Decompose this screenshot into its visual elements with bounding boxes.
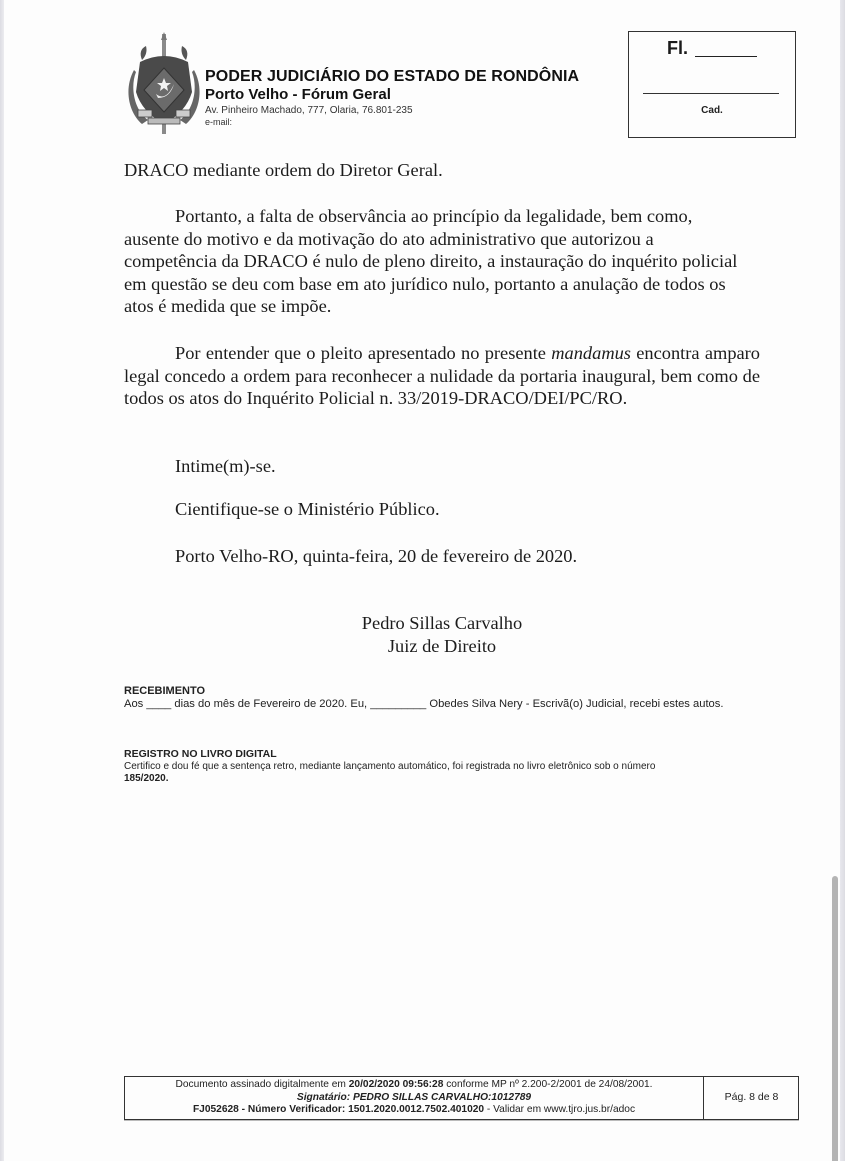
- paragraph-2: Portanto, a falta de observância ao prin…: [124, 205, 746, 318]
- paragraph-3-part-a: Por entender que o pleito apresentado no…: [175, 343, 551, 363]
- folio-label: Fl.: [667, 38, 688, 59]
- footer-line-1-suffix: conforme MP nº 2.200-2/2001 de 24/08/200…: [443, 1079, 652, 1090]
- viewer-right-edge: [840, 0, 845, 1161]
- paragraph-4: Intime(m)-se.: [124, 455, 764, 478]
- vertical-scrollbar-thumb[interactable]: [832, 876, 838, 1161]
- intimem-se-text: Intime(m)-se.: [175, 455, 764, 478]
- registro-body: Certifico e dou fé que a sentença retro,…: [124, 761, 655, 772]
- judge-name: Pedro Sillas Carvalho: [124, 612, 760, 635]
- footer-shadow-line: [124, 1120, 799, 1121]
- paragraph-2-text: Portanto, a falta de observância ao prin…: [124, 205, 746, 318]
- coat-of-arms-icon: [126, 32, 202, 140]
- signatory: Signatário: PEDRO SILLAS CARVALHO:101278…: [125, 1092, 703, 1105]
- court-header: PODER JUDICIÁRIO DO ESTADO DE RONDÔNIA P…: [205, 67, 579, 127]
- recebimento-heading: RECEBIMENTO: [124, 685, 764, 698]
- verification-number: FJ052628 - Número Verificador: 1501.2020…: [193, 1104, 484, 1115]
- date-place-text: Porto Velho-RO, quinta-feira, 20 de feve…: [175, 545, 764, 568]
- paragraph-6: Porto Velho-RO, quinta-feira, 20 de feve…: [124, 545, 764, 568]
- judge-role: Juiz de Direito: [124, 635, 760, 658]
- registro-text: Certifico e dou fé que a sentença retro,…: [124, 761, 744, 785]
- paragraph-3: Por entender que o pleito apresentado no…: [124, 342, 760, 410]
- folio-blank-line: [695, 56, 757, 57]
- mandamus-italic: mandamus: [551, 343, 631, 363]
- paragraph-1-text: DRACO mediante ordem do Diretor Geral.: [124, 159, 764, 182]
- signature-block: Pedro Sillas Carvalho Juiz de Direito: [124, 612, 760, 658]
- court-address: Av. Pinheiro Machado, 777, Olaria, 76.80…: [205, 105, 579, 117]
- footer-line-1: Documento assinado digitalmente em 20/02…: [125, 1079, 703, 1092]
- folio-stamp-box: Fl. Cad.: [628, 31, 796, 138]
- cientifique-se-text: Cientifique-se o Ministério Público.: [175, 498, 764, 521]
- digital-signature-footer: Documento assinado digitalmente em 20/02…: [124, 1076, 799, 1120]
- paragraph-1: DRACO mediante ordem do Diretor Geral.: [124, 159, 764, 182]
- validation-link[interactable]: - Validar em www.tjro.jus.br/adoc: [484, 1104, 635, 1115]
- folio-separator-line: [643, 93, 779, 94]
- recebimento-section: RECEBIMENTO Aos ____ dias do mês de Feve…: [124, 685, 764, 711]
- registro-section: REGISTRO NO LIVRO DIGITAL Certifico e do…: [124, 748, 744, 785]
- cad-label: Cad.: [629, 105, 795, 116]
- registro-number: 185/2020.: [124, 773, 169, 784]
- document-page: PODER JUDICIÁRIO DO ESTADO DE RONDÔNIA P…: [0, 0, 830, 1161]
- paragraph-5: Cientifique-se o Ministério Público.: [124, 498, 764, 521]
- signature-info: Documento assinado digitalmente em 20/02…: [125, 1079, 703, 1117]
- footer-line-3: FJ052628 - Número Verificador: 1501.2020…: [125, 1104, 703, 1117]
- court-email-label: e-mail:: [205, 117, 579, 127]
- paragraph-3-text: Por entender que o pleito apresentado no…: [124, 342, 760, 410]
- registro-heading: REGISTRO NO LIVRO DIGITAL: [124, 748, 744, 761]
- court-subtitle: Porto Velho - Fórum Geral: [205, 86, 579, 103]
- signature-datetime: 20/02/2020 09:56:28: [349, 1079, 444, 1090]
- recebimento-text: Aos ____ dias do mês de Fevereiro de 202…: [124, 698, 764, 711]
- page-indicator: Pág. 8 de 8: [704, 1091, 799, 1103]
- footer-line-1-prefix: Documento assinado digitalmente em: [175, 1079, 348, 1090]
- court-title: PODER JUDICIÁRIO DO ESTADO DE RONDÔNIA: [205, 67, 579, 86]
